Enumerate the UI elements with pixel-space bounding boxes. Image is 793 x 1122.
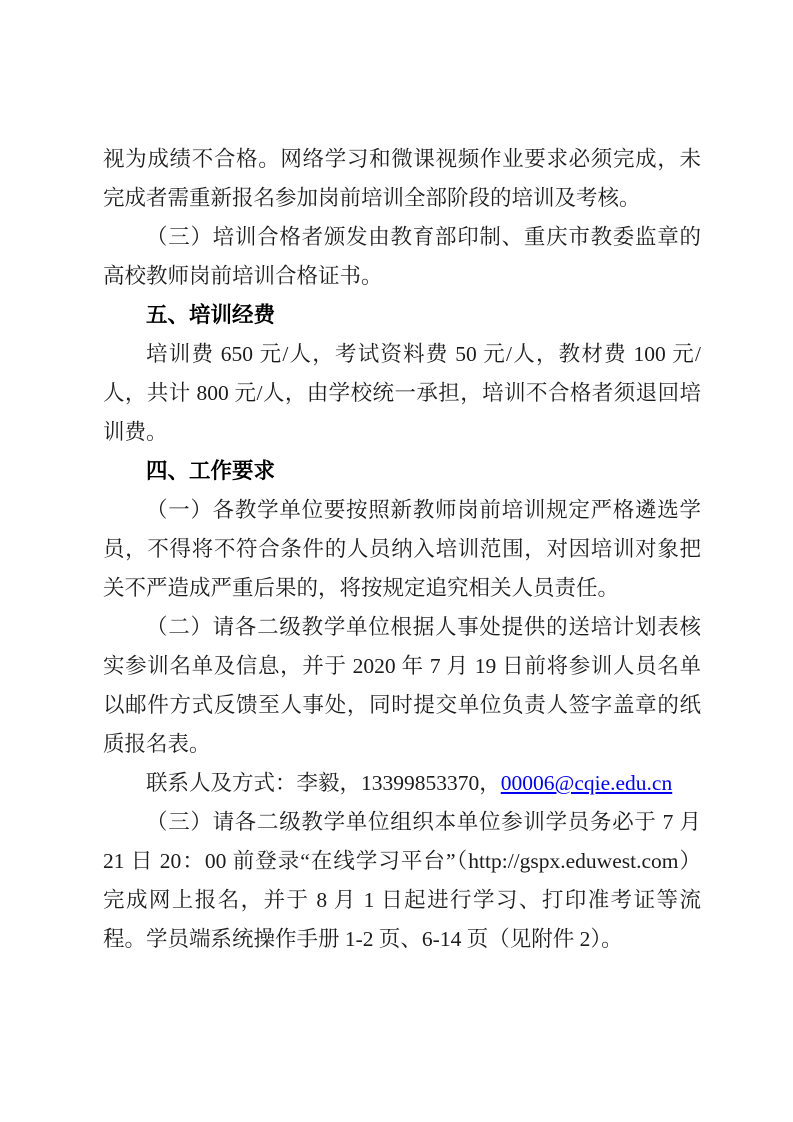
paragraph-requirement-2: （二）请各二级教学单位根据人事处提供的送培计划表核实参训名单及信息，并于 202… <box>103 608 701 764</box>
paragraph-requirement-3: （三）请各二级教学单位组织本单位参训学员务必于 7 月 21 日 20：00 前… <box>103 803 701 959</box>
heading-section-4-work-requirements: 四、工作要求 <box>103 452 701 491</box>
contact-text: 联系人及方式：李毅，13399853370， <box>146 771 501 795</box>
paragraph-requirement-1: （一）各教学单位要按照新教师岗前培训规定严格遴选学员，不得将不符合条件的人员纳入… <box>103 491 701 608</box>
paragraph-fees-detail: 培训费 650 元/人，考试资料费 50 元/人，教材费 100 元/人，共计 … <box>103 335 701 452</box>
email-link[interactable]: 00006@cqie.edu.cn <box>501 771 672 795</box>
document-page: 视为成绩不合格。网络学习和微课视频作业要求必须完成，未完成者需重新报名参加岗前培… <box>0 0 793 1122</box>
paragraph-exam-result-continuation: 视为成绩不合格。网络学习和微课视频作业要求必须完成，未完成者需重新报名参加岗前培… <box>103 140 701 218</box>
paragraph-certificate: （三）培训合格者颁发由教育部印制、重庆市教委监章的高校教师岗前培训合格证书。 <box>103 218 701 296</box>
heading-section-5-training-fees: 五、培训经费 <box>103 296 701 335</box>
contact-line: 联系人及方式：李毅，13399853370，00006@cqie.edu.cn <box>103 764 701 803</box>
